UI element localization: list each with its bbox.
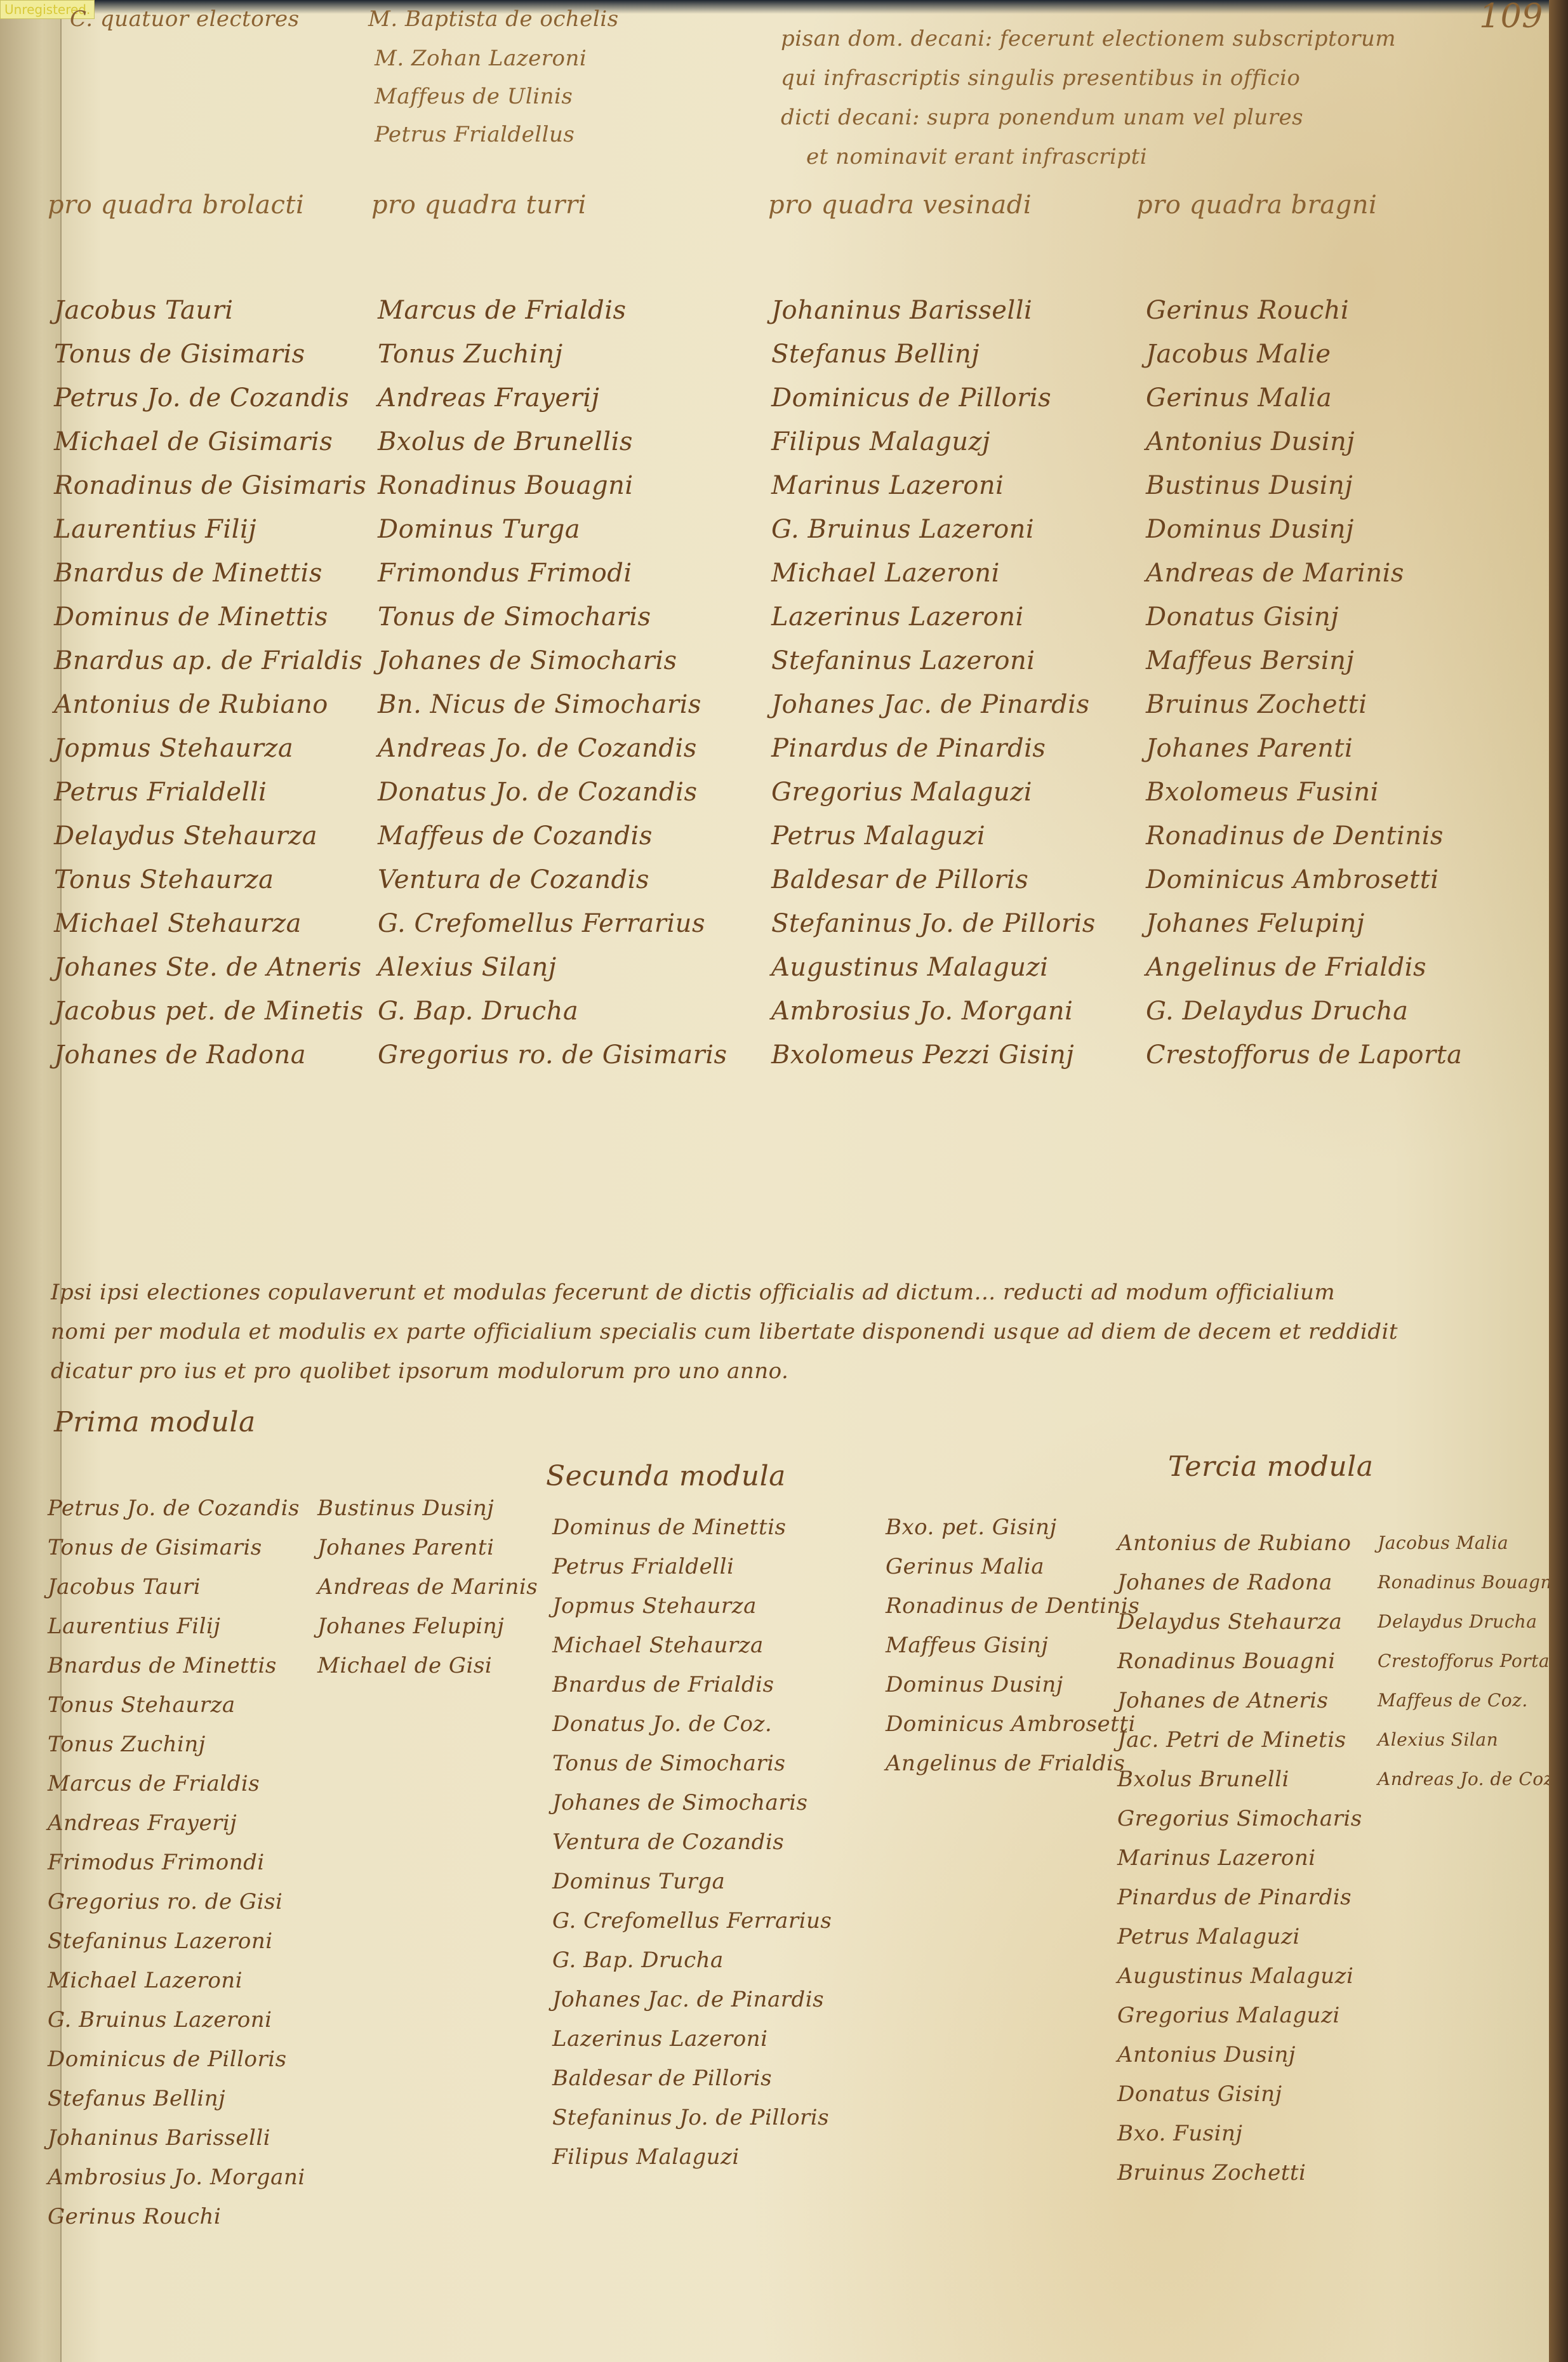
name-entry: Jacobus pet. de Minetis: [54, 990, 366, 1033]
name-entry: Angelinus de Frialdis: [886, 1744, 1139, 1783]
name-entry: Bn. Nicus de Simocharis: [378, 683, 728, 727]
name-entry: Johanes Ste. de Atneris: [54, 946, 366, 990]
name-entry: Stefanus Bellinj: [48, 2079, 305, 2118]
column-header-bragni: pro quadra bragni: [1136, 190, 1377, 220]
name-entry: Petrus Malaguzi: [771, 814, 1096, 858]
name-entry: Johanes Parenti: [1146, 727, 1463, 771]
name-entry: Gerinus Rouchi: [1146, 289, 1463, 333]
upper-column-turri: Marcus de Frialdis Tonus Zuchinj Andreas…: [378, 289, 728, 1077]
name-entry: Dominicus Ambrosetti: [886, 1704, 1139, 1744]
name-entry: Stefaninus Jo. de Pilloris: [552, 2098, 832, 2137]
name-entry: Lazerinus Lazeroni: [552, 2019, 832, 2059]
name-entry: Ventura de Cozandis: [552, 1822, 832, 1862]
note-line: qui infrascriptis singulis presentibus i…: [781, 58, 1396, 98]
name-entry: Ronadinus Bouagni: [378, 464, 728, 508]
name-entry: Gerinus Malia: [1146, 376, 1463, 420]
name-entry: G. Crefomellus Ferrarius: [378, 902, 728, 946]
name-entry: Bustinus Dusinj: [1146, 464, 1463, 508]
name-entry: Alexius Silan: [1378, 1720, 1559, 1760]
name-entry: Tonus de Simocharis: [552, 1744, 832, 1783]
name-entry: Tonus Stehaurza: [54, 858, 366, 902]
name-entry: Ronadinus de Dentinis: [1146, 814, 1463, 858]
name-entry: Jopmus Stehaurza: [552, 1586, 832, 1626]
name-entry: Michael de Gisimaris: [54, 420, 366, 464]
name-entry: Andreas Frayerij: [378, 376, 728, 420]
note-line: pisan dom. decani: fecerunt electionem s…: [781, 19, 1396, 58]
name-entry: Gerinus Rouchi: [48, 2197, 305, 2236]
name-entry: Petrus Frialdelli: [54, 771, 366, 814]
name-entry: Tonus de Simocharis: [378, 595, 728, 639]
name-entry: Alexius Silanj: [378, 946, 728, 990]
name-entry: Bxolomeus Fusini: [1146, 771, 1463, 814]
name-entry: Michael de Gisi: [317, 1646, 538, 1685]
name-entry: Jacobus Malia: [1378, 1523, 1559, 1563]
name-entry: Baldesar de Pilloris: [771, 858, 1096, 902]
name-entry: Ambrosius Jo. Morgani: [48, 2158, 305, 2197]
name-entry: Gregorius ro. de Gisi: [48, 1882, 305, 1921]
note-line: C. quatuor electores: [70, 6, 300, 32]
name-entry: Pinardus de Pinardis: [1117, 1878, 1362, 1917]
note-line: Maffeus de Ulinis: [375, 84, 573, 109]
name-entry: Filipus Malaguzi: [552, 2137, 832, 2177]
name-entry: Petrus Jo. de Cozandis: [54, 376, 366, 420]
name-entry: Michael Lazeroni: [48, 1961, 305, 2000]
name-entry: Marinus Lazeroni: [1117, 1838, 1362, 1878]
name-entry: Stefaninus Lazeroni: [771, 639, 1096, 683]
paragraph-line: dicatur pro ius et pro quolibet ipsorum …: [51, 1351, 1511, 1391]
name-entry: Antonius de Rubiano: [1117, 1523, 1362, 1563]
name-entry: Johaninus Barisselli: [771, 289, 1096, 333]
name-entry: Antonius Dusinj: [1117, 2035, 1362, 2074]
name-entry: Bxo. pet. Gisinj: [886, 1508, 1139, 1547]
name-entry: Augustinus Malaguzi: [771, 946, 1096, 990]
name-entry: Johanes de Simocharis: [378, 639, 728, 683]
name-entry: Johanes Jac. de Pinardis: [771, 683, 1096, 727]
name-entry: Dominus Turga: [378, 508, 728, 552]
name-entry: Gregorius ro. de Gisimaris: [378, 1033, 728, 1077]
name-entry: Johaninus Barisselli: [48, 2118, 305, 2158]
name-entry: Dominus Dusinj: [886, 1665, 1139, 1704]
note-line: Petrus Frialdellus: [375, 122, 575, 147]
name-entry: Bnardus de Minettis: [54, 552, 366, 595]
prima-modula-column-2: Bustinus Dusinj Johanes Parenti Andreas …: [317, 1489, 538, 1685]
name-entry: Tonus de Gisimaris: [54, 333, 366, 376]
manuscript-page: Unregistered. 109 C. quatuor electores M…: [0, 0, 1549, 2362]
name-entry: Maffeus de Coz.: [1378, 1681, 1559, 1720]
name-entry: Dominicus de Pilloris: [48, 2040, 305, 2079]
tercia-modula-column-1: Antonius de Rubiano Johanes de Radona De…: [1117, 1523, 1362, 2193]
note-line: et nominavit erant infrascripti: [781, 137, 1396, 176]
name-entry: Bnardus ap. de Frialdis: [54, 639, 366, 683]
modula-title-tercia: Tercia modula: [1168, 1450, 1373, 1483]
name-entry: Stefanus Bellinj: [771, 333, 1096, 376]
top-right-note: pisan dom. decani: fecerunt electionem s…: [781, 19, 1396, 176]
name-entry: Ronadinus Bouagni: [1117, 1642, 1362, 1681]
name-entry: Bxolus de Brunellis: [378, 420, 728, 464]
middle-paragraph: Ipsi ipsi electiones copulaverunt et mod…: [51, 1273, 1511, 1391]
name-entry: Ronadinus Bouagni: [1378, 1563, 1559, 1602]
name-entry: Frimodus Frimondi: [48, 1843, 305, 1882]
name-entry: Jacobus Tauri: [54, 289, 366, 333]
name-entry: Delaydus Stehaurza: [1117, 1602, 1362, 1642]
name-entry: Johanes de Atneris: [1117, 1681, 1362, 1720]
name-entry: G. Bruinus Lazeroni: [48, 2000, 305, 2040]
name-entry: Dominus de Minettis: [552, 1508, 832, 1547]
name-entry: Ronadinus de Gisimaris: [54, 464, 366, 508]
upper-column-bragni: Gerinus Rouchi Jacobus Malie Gerinus Mal…: [1146, 289, 1463, 1077]
note-line: M. Zohan Lazeroni: [375, 46, 587, 71]
name-entry: Johanes de Radona: [1117, 1563, 1362, 1602]
name-entry: Maffeus Gisinj: [886, 1626, 1139, 1665]
name-entry: Lazerinus Lazeroni: [771, 595, 1096, 639]
name-entry: Dominicus de Pilloris: [771, 376, 1096, 420]
modula-title-secunda: Secunda modula: [546, 1460, 786, 1492]
name-entry: Delaydus Stehaurza: [54, 814, 366, 858]
name-entry: Dominicus Ambrosetti: [1146, 858, 1463, 902]
name-entry: Stefaninus Lazeroni: [48, 1921, 305, 1961]
name-entry: Andreas Frayerij: [48, 1803, 305, 1843]
name-entry: Maffeus Bersinj: [1146, 639, 1463, 683]
name-entry: Dominus Dusinj: [1146, 508, 1463, 552]
modula-title-prima: Prima modula: [54, 1406, 256, 1438]
name-entry: Jacobus Malie: [1146, 333, 1463, 376]
name-entry: Bnardus de Frialdis: [552, 1665, 832, 1704]
name-entry: Dominus de Minettis: [54, 595, 366, 639]
name-entry: Antonius de Rubiano: [54, 683, 366, 727]
name-entry: G. Delaydus Drucha: [1146, 990, 1463, 1033]
name-entry: G. Bap. Drucha: [378, 990, 728, 1033]
name-entry: Dominus Turga: [552, 1862, 832, 1901]
name-entry: Augustinus Malaguzi: [1117, 1956, 1362, 1996]
name-entry: Michael Lazeroni: [771, 552, 1096, 595]
name-entry: Johanes de Radona: [54, 1033, 366, 1077]
name-entry: Jacobus Tauri: [48, 1567, 305, 1607]
name-entry: Laurentius Filij: [54, 508, 366, 552]
name-entry: Bustinus Dusinj: [317, 1489, 538, 1528]
name-entry: Jac. Petri de Minetis: [1117, 1720, 1362, 1760]
folio-number: 109: [1479, 0, 1543, 36]
secunda-modula-column-1: Dominus de Minettis Petrus Frialdelli Jo…: [552, 1508, 832, 2177]
name-entry: G. Bap. Drucha: [552, 1941, 832, 1980]
name-entry: Johanes de Simocharis: [552, 1783, 832, 1822]
name-entry: Bnardus de Minettis: [48, 1646, 305, 1685]
name-entry: Baldesar de Pilloris: [552, 2059, 832, 2098]
name-entry: Pinardus de Pinardis: [771, 727, 1096, 771]
name-entry: Donatus Gisinj: [1146, 595, 1463, 639]
name-entry: Marcus de Frialdis: [378, 289, 728, 333]
name-entry: Angelinus de Frialdis: [1146, 946, 1463, 990]
name-entry: Petrus Frialdelli: [552, 1547, 832, 1586]
name-entry: Michael Stehaurza: [552, 1626, 832, 1665]
name-entry: Bxo. Fusinj: [1117, 2114, 1362, 2153]
name-entry: Maffeus de Cozandis: [378, 814, 728, 858]
name-entry: Gregorius Malaguzi: [771, 771, 1096, 814]
note-line: M. Baptista de ochelis: [368, 6, 619, 32]
name-entry: Ambrosius Jo. Morgani: [771, 990, 1096, 1033]
name-entry: Gregorius Simocharis: [1117, 1799, 1362, 1838]
name-entry: Andreas Jo. de Cozandis: [378, 727, 728, 771]
name-entry: Crestofforus Porta: [1378, 1642, 1559, 1681]
name-entry: Johanes Jac. de Pinardis: [552, 1980, 832, 2019]
name-entry: Stefaninus Jo. de Pilloris: [771, 902, 1096, 946]
name-entry: Petrus Jo. de Cozandis: [48, 1489, 305, 1528]
column-header-turri: pro quadra turri: [371, 190, 587, 220]
name-entry: Marcus de Frialdis: [48, 1764, 305, 1803]
paragraph-line: Ipsi ipsi electiones copulaverunt et mod…: [51, 1273, 1511, 1312]
name-entry: Johanes Felupinj: [317, 1607, 538, 1646]
column-header-vesinadi: pro quadra vesinadi: [768, 190, 1032, 220]
name-entry: Johanes Felupinj: [1146, 902, 1463, 946]
name-entry: Laurentius Filij: [48, 1607, 305, 1646]
name-entry: Gregorius Malaguzi: [1117, 1996, 1362, 2035]
name-entry: Andreas de Marinis: [317, 1567, 538, 1607]
paragraph-line: nomi per modula et modulis ex parte offi…: [51, 1312, 1511, 1351]
name-entry: Crestofforus de Laporta: [1146, 1033, 1463, 1077]
name-entry: Bxolus Brunelli: [1117, 1760, 1362, 1799]
name-entry: Donatus Jo. de Coz.: [552, 1704, 832, 1744]
name-entry: Marinus Lazeroni: [771, 464, 1096, 508]
tercia-modula-column-2: Jacobus Malia Ronadinus Bouagni Delaydus…: [1378, 1523, 1559, 1799]
name-entry: Bruinus Zochetti: [1117, 2153, 1362, 2193]
name-entry: Tonus de Gisimaris: [48, 1528, 305, 1567]
note-line: dicti decani: supra ponendum unam vel pl…: [781, 98, 1396, 137]
prima-modula-column-1: Petrus Jo. de Cozandis Tonus de Gisimari…: [48, 1489, 305, 2236]
column-header-brolacti: pro quadra brolacti: [48, 190, 304, 220]
name-entry: G. Crefomellus Ferrarius: [552, 1901, 832, 1941]
name-entry: Bxolomeus Pezzi Gisinj: [771, 1033, 1096, 1077]
name-entry: G. Bruinus Lazeroni: [771, 508, 1096, 552]
name-entry: Tonus Zuchinj: [48, 1725, 305, 1764]
name-entry: Filipus Malaguzj: [771, 420, 1096, 464]
upper-column-vesinadi: Johaninus Barisselli Stefanus Bellinj Do…: [771, 289, 1096, 1077]
name-entry: Donatus Gisinj: [1117, 2074, 1362, 2114]
name-entry: Johanes Parenti: [317, 1528, 538, 1567]
name-entry: Ronadinus de Dentinis: [886, 1586, 1139, 1626]
name-entry: Jopmus Stehaurza: [54, 727, 366, 771]
secunda-modula-column-2: Bxo. pet. Gisinj Gerinus Malia Ronadinus…: [886, 1508, 1139, 1783]
name-entry: Michael Stehaurza: [54, 902, 366, 946]
name-entry: Tonus Zuchinj: [378, 333, 728, 376]
name-entry: Bruinus Zochetti: [1146, 683, 1463, 727]
name-entry: Andreas Jo. de Coz.: [1378, 1760, 1559, 1799]
name-entry: Ventura de Cozandis: [378, 858, 728, 902]
name-entry: Frimondus Frimodi: [378, 552, 728, 595]
name-entry: Donatus Jo. de Cozandis: [378, 771, 728, 814]
upper-column-brolacti: Jacobus Tauri Tonus de Gisimaris Petrus …: [54, 289, 366, 1077]
name-entry: Tonus Stehaurza: [48, 1685, 305, 1725]
name-entry: Delaydus Drucha: [1378, 1602, 1559, 1642]
book-edge: [1549, 0, 1568, 2362]
name-entry: Antonius Dusinj: [1146, 420, 1463, 464]
name-entry: Andreas de Marinis: [1146, 552, 1463, 595]
name-entry: Gerinus Malia: [886, 1547, 1139, 1586]
name-entry: Petrus Malaguzi: [1117, 1917, 1362, 1956]
